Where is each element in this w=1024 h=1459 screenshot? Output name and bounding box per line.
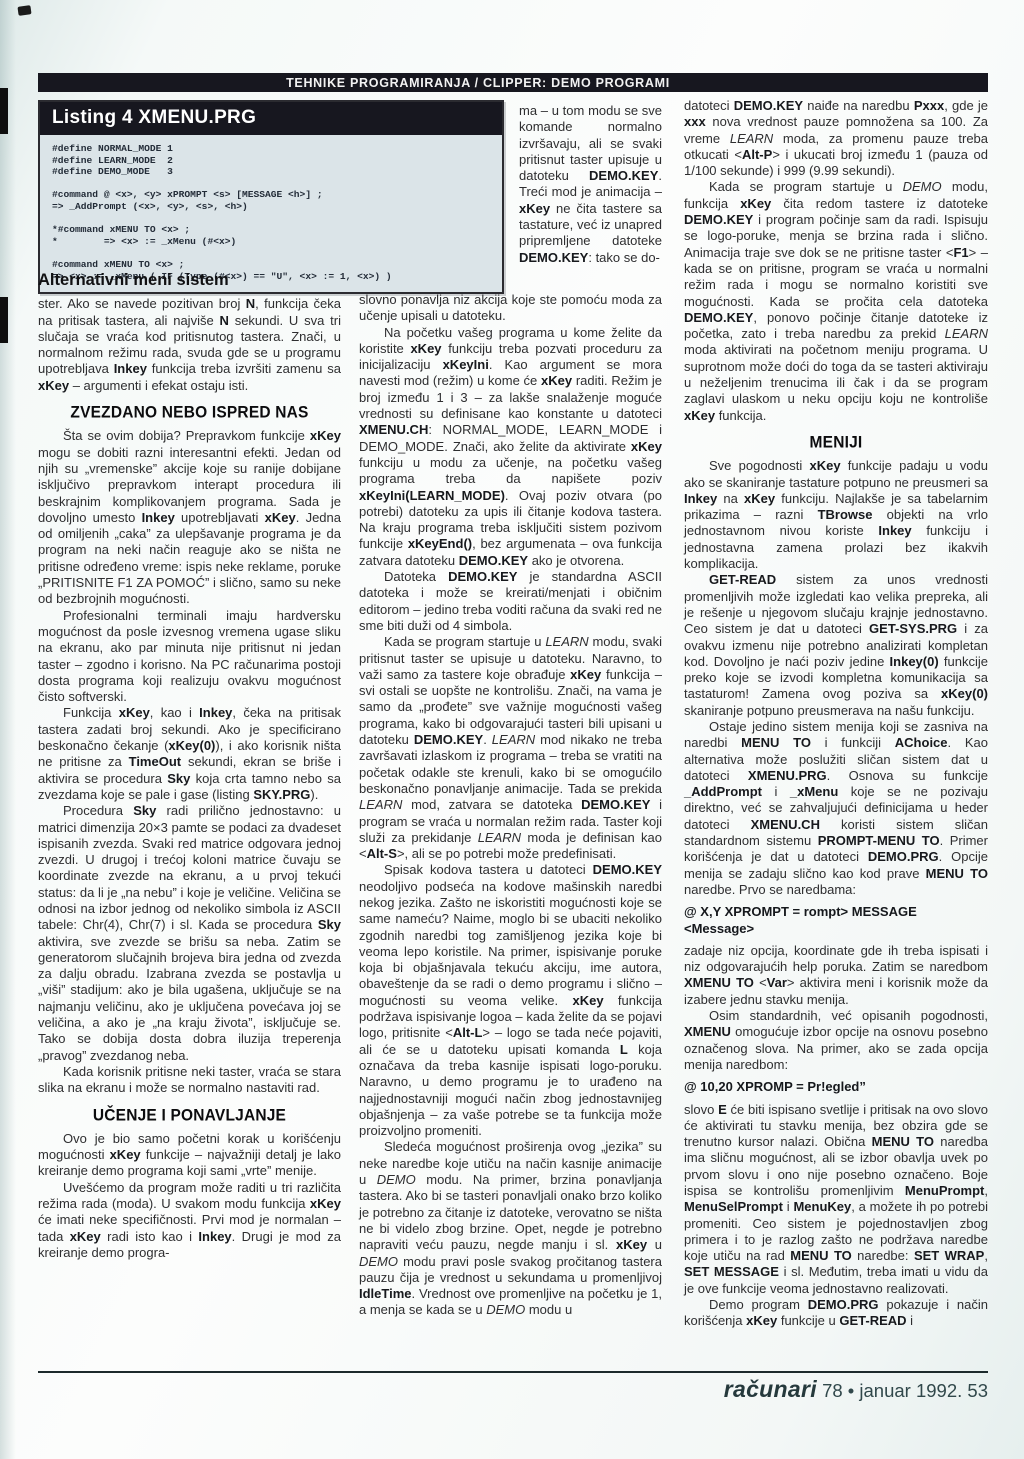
command-line: @ X,Y XPROMPT = rompt> MESSAGE <Message> bbox=[684, 904, 988, 937]
scan-artifact-left-mark-2 bbox=[0, 297, 8, 343]
paragraph: Funkcija xKey, kao i Inkey, čeka na prit… bbox=[38, 705, 341, 803]
section-heading: MENIJI bbox=[684, 434, 988, 452]
column-right: datoteci DEMO.KEY naiđe na naredbu Pxxx,… bbox=[684, 98, 988, 1330]
section-heading: ZVEZDANO NEBO ISPRED NAS bbox=[38, 404, 341, 422]
paragraph: Sve pogodnosti xKey funkcije padaju u vo… bbox=[684, 458, 988, 572]
listing-code: #define NORMAL_MODE 1 #define LEARN_MODE… bbox=[40, 135, 502, 292]
code-listing-box: Listing 4 XMENU.PRG #define NORMAL_MODE … bbox=[38, 100, 504, 294]
paragraph: Datoteka DEMO.KEY je standardna ASCII da… bbox=[359, 569, 662, 634]
paragraph: Osim standardnih, već opisanih pogodnost… bbox=[684, 1008, 988, 1073]
header-title: TEHNIKE PROGRAMIRANJA / CLIPPER: DEMO PR… bbox=[286, 76, 670, 90]
paragraph: Kada korisnik pritisne neki taster, vrać… bbox=[38, 1064, 341, 1097]
paragraph: slovo E će biti ispisano svetlije i prit… bbox=[684, 1102, 988, 1298]
paragraph: zadaje niz opcija, koordinate gde ih tre… bbox=[684, 943, 988, 1008]
paragraph: Spisak kodova tastera u datoteci DEMO.KE… bbox=[359, 862, 662, 1139]
paragraph: Procedura Sky radi prilično jednostavno:… bbox=[38, 803, 341, 1064]
paragraph: Ostaje jedino sistem menija koji se zasn… bbox=[684, 719, 988, 898]
paragraph: Šta se ovim dobija? Prepravkom funkcije … bbox=[38, 428, 341, 607]
section-heading: UČENJE I PONAVLJANJE bbox=[38, 1107, 341, 1125]
paragraph: datoteci DEMO.KEY naiđe na naredbu Pxxx,… bbox=[684, 98, 988, 179]
paragraph: Kada se program startuje u LEARN modu, s… bbox=[359, 634, 662, 862]
footer-rule bbox=[38, 1371, 988, 1373]
paragraph: Sledeća mogućnost proširenja ovog „jezik… bbox=[359, 1139, 662, 1318]
column-middle-narrow: ma – u tom modu se sve komande normalno … bbox=[519, 103, 662, 266]
subsection-heading: Alternativni meni sistem bbox=[38, 272, 341, 288]
paragraph: Demo program DEMO.PRG pokazuje i način k… bbox=[684, 1297, 988, 1330]
paragraph: ster. Ako se navede pozitivan broj N, fu… bbox=[38, 296, 341, 394]
paragraph: slovno ponavlja niz akcija koje ste pomo… bbox=[359, 292, 662, 325]
issue-number: 78 bbox=[822, 1380, 843, 1401]
listing-title: Listing 4 XMENU.PRG bbox=[52, 107, 256, 128]
magazine-page: TEHNIKE PROGRAMIRANJA / CLIPPER: DEMO PR… bbox=[0, 0, 1024, 1459]
column-left: Alternativni meni sistemster. Ako se nav… bbox=[38, 272, 341, 1261]
footer-bullet: • bbox=[848, 1380, 854, 1401]
paragraph: Kada se program startuje u DEMO modu, fu… bbox=[684, 179, 988, 423]
paragraph: Uvešćemo da program može raditi u tri ra… bbox=[38, 1180, 341, 1261]
footer-date: januar 1992. bbox=[859, 1380, 962, 1401]
scan-edge-shading bbox=[0, 0, 16, 1459]
page-footer: računari 78 • januar 1992. 53 bbox=[300, 1376, 988, 1403]
paragraph: ma – u tom modu se sve komande normalno … bbox=[519, 103, 662, 266]
paragraph: GET-READ sistem za unos vrednosti promen… bbox=[684, 572, 988, 719]
column-middle: slovno ponavlja niz akcija koje ste pomo… bbox=[359, 292, 662, 1319]
footer-page-number: 53 bbox=[967, 1380, 988, 1401]
scan-artifact-dot bbox=[17, 5, 31, 16]
scan-artifact-left-mark-1 bbox=[0, 88, 8, 134]
paragraph: Profesionalni terminali imaju hardversku… bbox=[38, 608, 341, 706]
command-line: @ 10,20 XPROMP = Pr!egled” bbox=[684, 1079, 988, 1095]
paragraph: Na početku vašeg programa u kome želite … bbox=[359, 325, 662, 569]
listing-title-bar: Listing 4 XMENU.PRG bbox=[40, 102, 502, 135]
magazine-name: računari bbox=[724, 1376, 817, 1402]
paragraph: Ovo je bio samo početni korak u korišćen… bbox=[38, 1131, 341, 1180]
page-header-banner: TEHNIKE PROGRAMIRANJA / CLIPPER: DEMO PR… bbox=[38, 73, 988, 92]
